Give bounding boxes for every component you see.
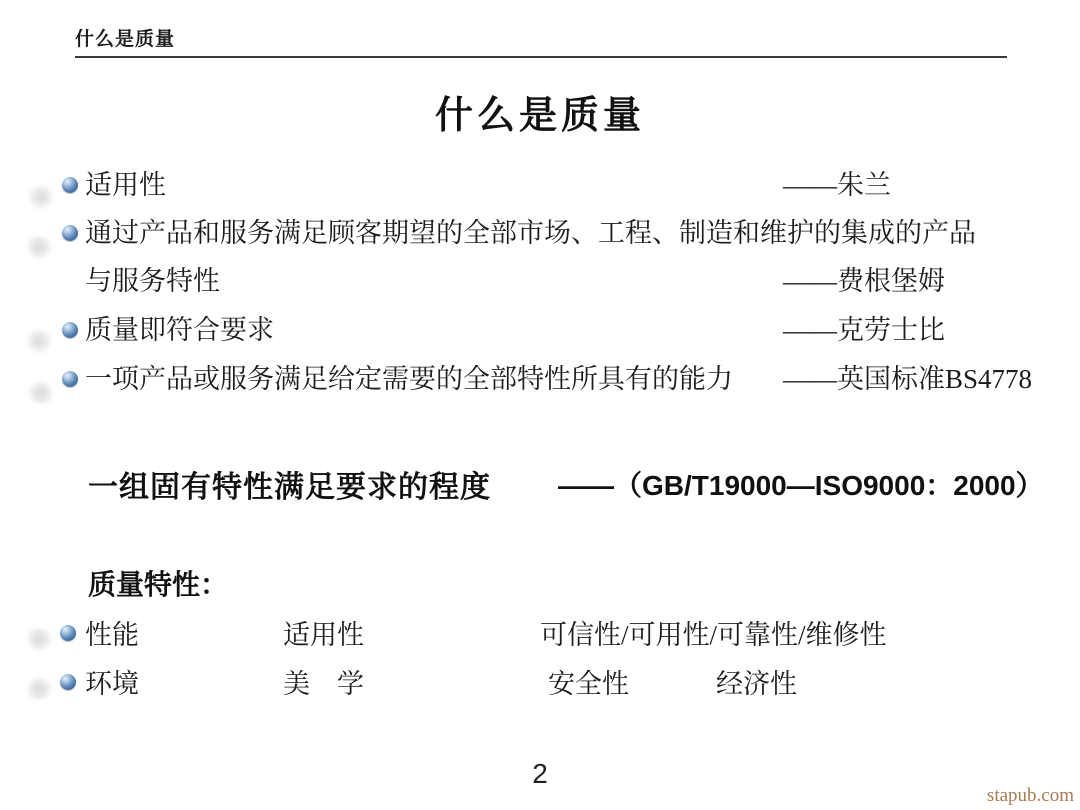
definition-attribution: ——费根堡姆	[783, 264, 945, 298]
definition-text: 一项产品或服务满足给定需要的全部特性所具有的能力	[85, 362, 733, 396]
characteristic-item: 适用性	[283, 618, 364, 652]
characteristic-item: 经济性	[716, 667, 797, 701]
bullet-shadow	[26, 678, 52, 700]
sphere-bullet-icon	[60, 625, 76, 641]
header-divider-line	[75, 56, 1007, 58]
summary-attribution: ——（GB/T19000—ISO9000：2000）	[558, 464, 1044, 504]
bullet-shadow	[28, 382, 54, 404]
definition-text: 质量即符合要求	[85, 313, 274, 347]
bullet-shadow	[26, 236, 52, 258]
bullet-shadow	[26, 330, 52, 352]
sphere-bullet-icon	[62, 225, 78, 241]
definition-attribution: ——朱兰	[783, 168, 891, 202]
definition-text: 通过产品和服务满足顾客期望的全部市场、工程、制造和维护的集成的产品	[85, 216, 976, 250]
definition-attribution: ——克劳士比	[783, 313, 945, 347]
characteristic-item: 性能	[85, 618, 139, 652]
characteristic-item: 安全性	[548, 667, 629, 701]
sphere-bullet-icon	[62, 322, 78, 338]
watermark: stapub.com	[987, 785, 1074, 807]
definition-text: 适用性	[85, 168, 166, 202]
bullet-shadow	[28, 186, 54, 208]
sphere-bullet-icon	[62, 371, 78, 387]
quality-definition-summary: 一组固有特性满足要求的程度	[88, 462, 491, 506]
bullet-shadow	[26, 628, 52, 650]
sphere-bullet-icon	[62, 177, 78, 193]
characteristic-item: 可信性/可用性/可靠性/维修性	[540, 618, 887, 652]
sphere-bullet-icon	[60, 674, 76, 690]
slide-header-label: 什么是质量	[75, 24, 175, 51]
definition-attribution: ——英国标准BS4778	[783, 362, 1032, 396]
characteristic-item: 美 学	[283, 667, 364, 701]
characteristics-heading: 质量特性：	[88, 563, 228, 603]
slide-title: 什么是质量	[0, 84, 1080, 139]
definition-text: 与服务特性	[85, 264, 220, 298]
page-number: 2	[0, 758, 1080, 790]
characteristic-item: 环境	[85, 667, 139, 701]
